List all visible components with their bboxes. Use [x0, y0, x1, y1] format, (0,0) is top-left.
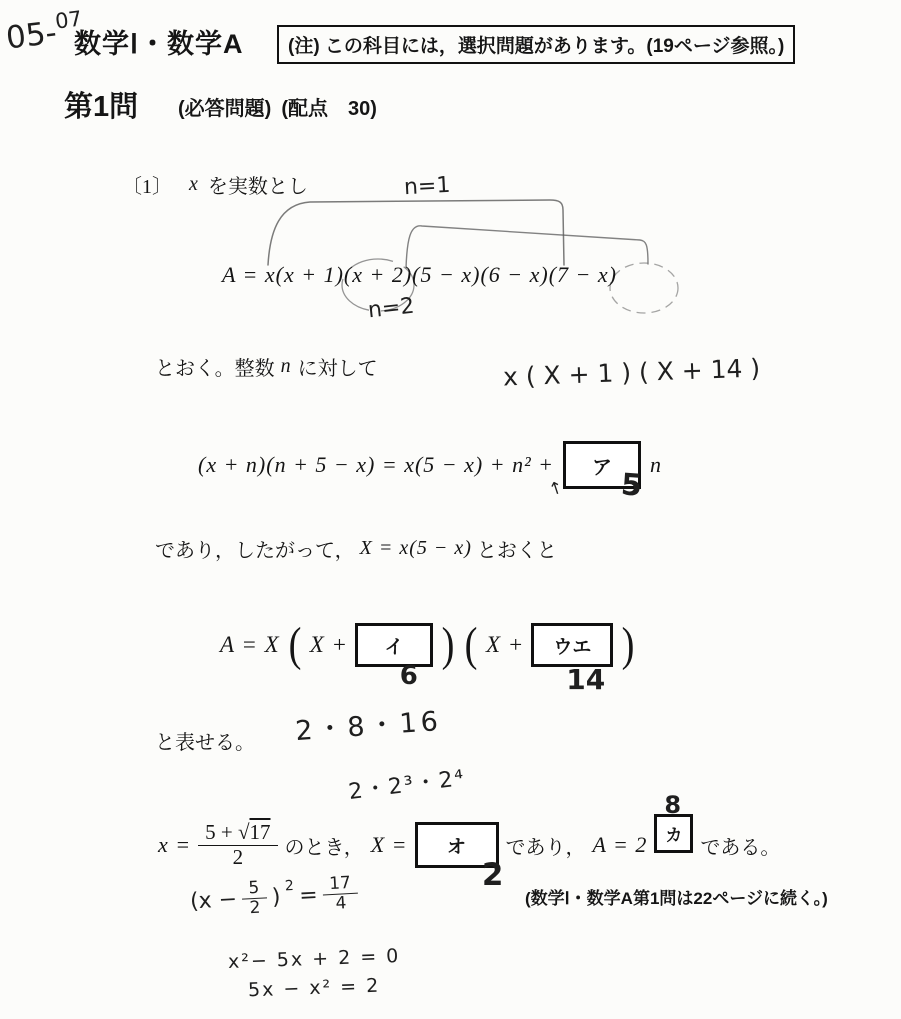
identity-suffix: n [650, 452, 662, 478]
handwritten-answer-a: 5 [620, 467, 643, 503]
work1-open: (x − [189, 887, 237, 914]
fraction-5-plus-sqrt17-over-2: 5 + √17 2 [198, 821, 277, 869]
deari-line: であり，したがって， X = x(5 − x) とおくと [155, 534, 557, 563]
final-A-eq: A = 2 [593, 832, 648, 858]
numerator-pre: 5 + [205, 820, 233, 844]
tsuoku-pre: とおく。整数 [155, 352, 275, 381]
close-paren-2: ) [622, 623, 635, 666]
handwritten-answer-ue: 14 [566, 663, 605, 696]
formula-product-A: A = x(x + 1)(x + 2)(5 − x)(6 − x)(7 − x) [222, 262, 617, 288]
handwritten-answer-ka: 8 [664, 791, 681, 819]
part1-label: 〔1〕 [122, 170, 172, 199]
radicand: 17 [250, 820, 271, 844]
answer-box-ue: ウエ 14 [531, 623, 613, 667]
note-box: (注) この科目には，選択問題があります。(19ページ参照。) [277, 25, 795, 64]
handwritten-products: 2・8・16 [294, 699, 443, 748]
answer-box-ka-label: カ [665, 821, 682, 846]
work1-fraction-17-4: 17 4 [322, 874, 360, 915]
intro-variable: x [189, 173, 199, 196]
deari-post: とおくと [477, 534, 557, 563]
handwritten-powers: 2・2³・2⁴ [347, 761, 468, 806]
final-dearu: である。 [700, 831, 780, 860]
answer-box-ue-label: ウエ [553, 632, 591, 659]
factored-formula: A = X ( X + イ 6 ) ( X + ウエ 14 ) [220, 616, 636, 674]
question-points: (配点 30) [281, 92, 377, 121]
handwritten-n2: n=2 [367, 294, 416, 324]
work1-fnum: 5 [241, 878, 267, 899]
final-line: x = 5 + √17 2 のとき， X = オ 2 であり， A = 2 カ … [158, 814, 780, 876]
factored-prefix: A = X [220, 632, 280, 658]
exam-code-main: 05- [4, 15, 59, 57]
work1-rnum: 17 [322, 874, 359, 896]
identity-lhs: (x + n)(n + 5 − x) = x(5 − x) + n² + [198, 452, 554, 478]
fraction-numerator: 5 + √17 [198, 821, 277, 846]
open-paren-2: ( [465, 623, 478, 666]
arawaseru-text: と表せる。 [155, 726, 255, 755]
question-kind: (必答問題) [178, 92, 271, 121]
work1-exponent: 2 [284, 878, 294, 894]
work1-fden: 2 [249, 899, 261, 919]
fraction-denominator: 2 [233, 846, 244, 870]
work1-close: ) [271, 885, 281, 910]
work1-fraction-5-2: 5 2 [241, 878, 268, 918]
answer-box-i-label: イ [385, 632, 404, 659]
answer-box-a: ア 5 [563, 441, 641, 489]
tsuoku-variable: n [281, 355, 292, 378]
continue-note: (数学Ⅰ・数学A第1問は22ページに続く。) [525, 884, 828, 909]
answer-box-ka: カ 8 [654, 814, 693, 853]
handwritten-work-1: (x − 5 2 ) 2 = 17 4 [189, 874, 359, 922]
deari-math: X = x(5 − x) [360, 537, 472, 560]
answer-box-o: オ 2 [415, 822, 499, 868]
answer-box-i: イ 6 [355, 623, 433, 667]
final-notoki: のとき， [285, 831, 364, 860]
handwritten-factored-try: x ( X + 1 ) ( X + 14 ) [503, 354, 761, 392]
question-meta: (必答問題) (配点 30) [178, 92, 377, 121]
handwritten-answer-o: 2 [482, 857, 504, 893]
identity-line: (x + n)(n + 5 − x) = x(5 − x) + n² + ア 5… [198, 441, 662, 489]
handwritten-answer-i: 6 [400, 661, 418, 691]
open-paren-1: ( [288, 623, 301, 666]
work1-rden: 4 [335, 894, 347, 914]
tsuoku-post: に対して [298, 352, 378, 381]
tsuoku-line: とおく。整数 n に対して [155, 352, 378, 381]
circle-around-7-minus-x [610, 263, 678, 313]
close-paren-1: ) [442, 623, 455, 666]
work1-equals: = [299, 883, 319, 909]
deari-pre: であり，したがって， [155, 534, 355, 563]
answer-box-o-label: オ [447, 832, 466, 859]
pencil-arcs-annotation [250, 190, 690, 330]
factored-inner1: X + [310, 632, 348, 658]
subject-title: 数学Ⅰ・数学A [74, 22, 243, 61]
final-deari: であり， [506, 831, 586, 860]
handwritten-work-3: 5x − x² = 2 [248, 975, 381, 1002]
question-number: 第1問 [64, 84, 138, 125]
factored-inner2: X + [486, 632, 524, 658]
handwritten-work-2: x²− 5x + 2 = 0 [228, 945, 401, 973]
final-X-eq: X = [371, 832, 408, 858]
answer-box-a-label: ア [592, 451, 612, 480]
note-text: (注) この科目には，選択問題があります。(19ページ参照。) [288, 36, 784, 57]
final-x-eq: x = [158, 832, 191, 858]
